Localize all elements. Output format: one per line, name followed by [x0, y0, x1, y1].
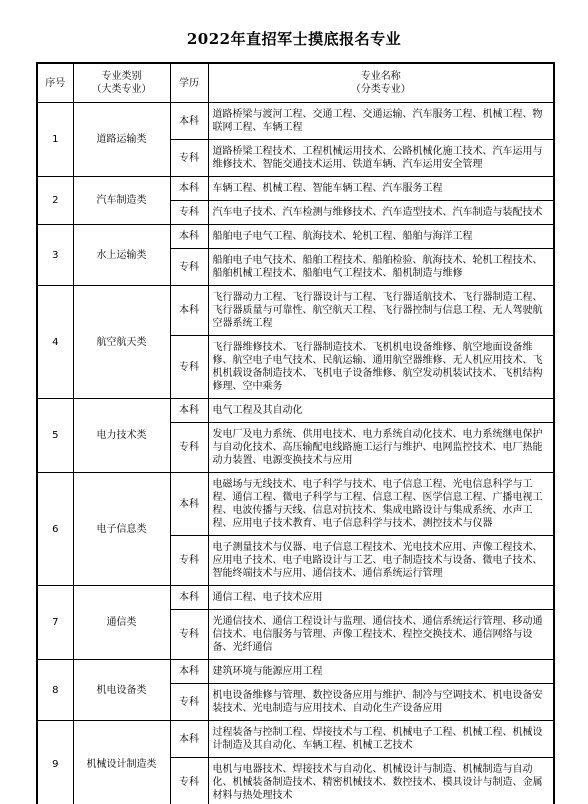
row-category: 汽车制造类	[73, 177, 170, 225]
table-row: 4航空航天类本科飞行器动力工程、飞行器设计与工程、飞行器适航技术、飞行器制造工程…	[37, 286, 554, 336]
row-category: 机电设备类	[73, 660, 170, 721]
document-page: 2022年直招军士摸底报名专业 序号 专业类别 （大类专业） 学历	[0, 0, 588, 804]
table-row: 8机电设备类本科建筑环境与能源应用工程	[37, 660, 554, 684]
table-row: 7通信类本科通信工程、电子技术应用	[37, 586, 554, 610]
row-index: 1	[37, 103, 73, 177]
row-degree-level: 本科	[170, 660, 208, 684]
table-row: 6电子信息类本科电磁场与无线技术、电子科学与技术、电子信息工程、光电信息科学与工…	[37, 473, 554, 536]
table-row: 1道路运输类本科道路桥梁与渡河工程、交通工程、交通运输、汽车服务工程、机械工程、…	[37, 103, 554, 140]
row-degree-level: 本科	[170, 177, 208, 201]
row-degree-level: 专科	[170, 536, 208, 586]
row-degree-level: 专科	[170, 336, 208, 399]
row-majors-list: 过程装备与控制工程、焊接技术与工程、机械电子工程、机械工程、机械设计制造及其自动…	[208, 721, 554, 758]
row-degree-level: 本科	[170, 721, 208, 758]
header-category-line2: （大类专业）	[92, 84, 152, 95]
row-majors-list: 飞行器维修技术、飞行器制造技术、飞机机电设备维修、航空地面设备维修、航空电子电气…	[208, 336, 554, 399]
row-majors-list: 电机与电器技术、焊接技术与自动化、机械设计与制造、机械制造与自动化、机械装备制造…	[208, 758, 554, 804]
row-degree-level: 本科	[170, 103, 208, 140]
row-degree-level: 专科	[170, 684, 208, 721]
row-category: 航空航天类	[73, 286, 170, 399]
row-degree-level: 本科	[170, 586, 208, 610]
row-majors-list: 建筑环境与能源应用工程	[208, 660, 554, 684]
row-index: 3	[37, 225, 73, 286]
header-category: 专业类别 （大类专业）	[73, 63, 170, 103]
header-row: 序号 专业类别 （大类专业） 学历 专业名称 （分类专业）	[37, 63, 554, 103]
row-category: 水上运输类	[73, 225, 170, 286]
row-index: 4	[37, 286, 73, 399]
header-majors-line1: 专业名称	[361, 71, 401, 82]
row-degree-level: 本科	[170, 225, 208, 249]
row-majors-list: 电子测量技术与仪器、电子信息工程技术、光电技术应用、声像工程技术、应用电子技术、…	[208, 536, 554, 586]
header-majors-line2: （分类专业）	[351, 84, 411, 95]
row-degree-level: 本科	[170, 399, 208, 423]
row-majors-list: 发电厂及电力系统、供用电技术、电力系统自动化技术、电力系统继电保护与自动化技术、…	[208, 423, 554, 473]
row-majors-list: 飞行器动力工程、飞行器设计与工程、飞行器适航技术、飞行器制造工程、飞行器质量与可…	[208, 286, 554, 336]
row-degree-level: 专科	[170, 201, 208, 225]
row-degree-level: 本科	[170, 473, 208, 536]
row-index: 5	[37, 399, 73, 473]
header-majors: 专业名称 （分类专业）	[208, 63, 554, 103]
row-majors-list: 道路桥梁与渡河工程、交通工程、交通运输、汽车服务工程、机械工程、物联网工程、车辆…	[208, 103, 554, 140]
row-index: 6	[37, 473, 73, 586]
table-row: 9机械设计制造类本科过程装备与控制工程、焊接技术与工程、机械电子工程、机械工程、…	[37, 721, 554, 758]
row-majors-list: 船舶电子电气技术、船舶工程技术、船舶检验、航海技术、轮机工程技术、船舶机械工程技…	[208, 249, 554, 286]
row-category: 电子信息类	[73, 473, 170, 586]
row-category: 通信类	[73, 586, 170, 660]
row-majors-list: 道路桥梁工程技术、工程机械运用技术、公路机械化施工技术、汽车运用与维修技术、智能…	[208, 140, 554, 177]
row-category: 道路运输类	[73, 103, 170, 177]
row-index: 8	[37, 660, 73, 721]
header-index: 序号	[37, 63, 73, 103]
row-majors-list: 光通信技术、通信工程设计与监理、通信技术、通信系统运行管理、移动通信技术、电信服…	[208, 610, 554, 660]
row-degree-level: 专科	[170, 423, 208, 473]
row-majors-list: 车辆工程、机械工程、智能车辆工程、汽车服务工程	[208, 177, 554, 201]
table-row: 3水上运输类本科船舶电子电气工程、航海技术、轮机工程、船舶与海洋工程	[37, 225, 554, 249]
row-degree-level: 专科	[170, 249, 208, 286]
header-category-line1: 专业类别	[102, 71, 142, 82]
table-row: 2汽车制造类本科车辆工程、机械工程、智能车辆工程、汽车服务工程	[37, 177, 554, 201]
row-degree-level: 专科	[170, 610, 208, 660]
row-majors-list: 机电设备维修与管理、数控设备应用与维护、制冷与空调技术、机电设备安装技术、光电制…	[208, 684, 554, 721]
table-row: 5电力技术类本科电气工程及其自动化	[37, 399, 554, 423]
header-degree-label: 学历	[179, 78, 199, 89]
header-index-label: 序号	[45, 78, 65, 89]
page-title: 2022年直招军士摸底报名专业	[0, 0, 588, 49]
row-index: 9	[37, 721, 73, 804]
header-degree: 学历	[170, 63, 208, 103]
row-majors-list: 电气工程及其自动化	[208, 399, 554, 423]
row-index: 2	[37, 177, 73, 225]
majors-table: 序号 专业类别 （大类专业） 学历 专业名称 （分类专业） 1道路运输类本科道路…	[36, 62, 555, 804]
row-degree-level: 专科	[170, 758, 208, 804]
row-index: 7	[37, 586, 73, 660]
row-category: 电力技术类	[73, 399, 170, 473]
row-majors-list: 电磁场与无线技术、电子科学与技术、电子信息工程、光电信息科学与工程、通信工程、微…	[208, 473, 554, 536]
row-majors-list: 通信工程、电子技术应用	[208, 586, 554, 610]
row-degree-level: 本科	[170, 286, 208, 336]
row-majors-list: 汽车电子技术、汽车检测与维修技术、汽车造型技术、汽车制造与装配技术	[208, 201, 554, 225]
row-degree-level: 专科	[170, 140, 208, 177]
row-category: 机械设计制造类	[73, 721, 170, 804]
row-majors-list: 船舶电子电气工程、航海技术、轮机工程、船舶与海洋工程	[208, 225, 554, 249]
